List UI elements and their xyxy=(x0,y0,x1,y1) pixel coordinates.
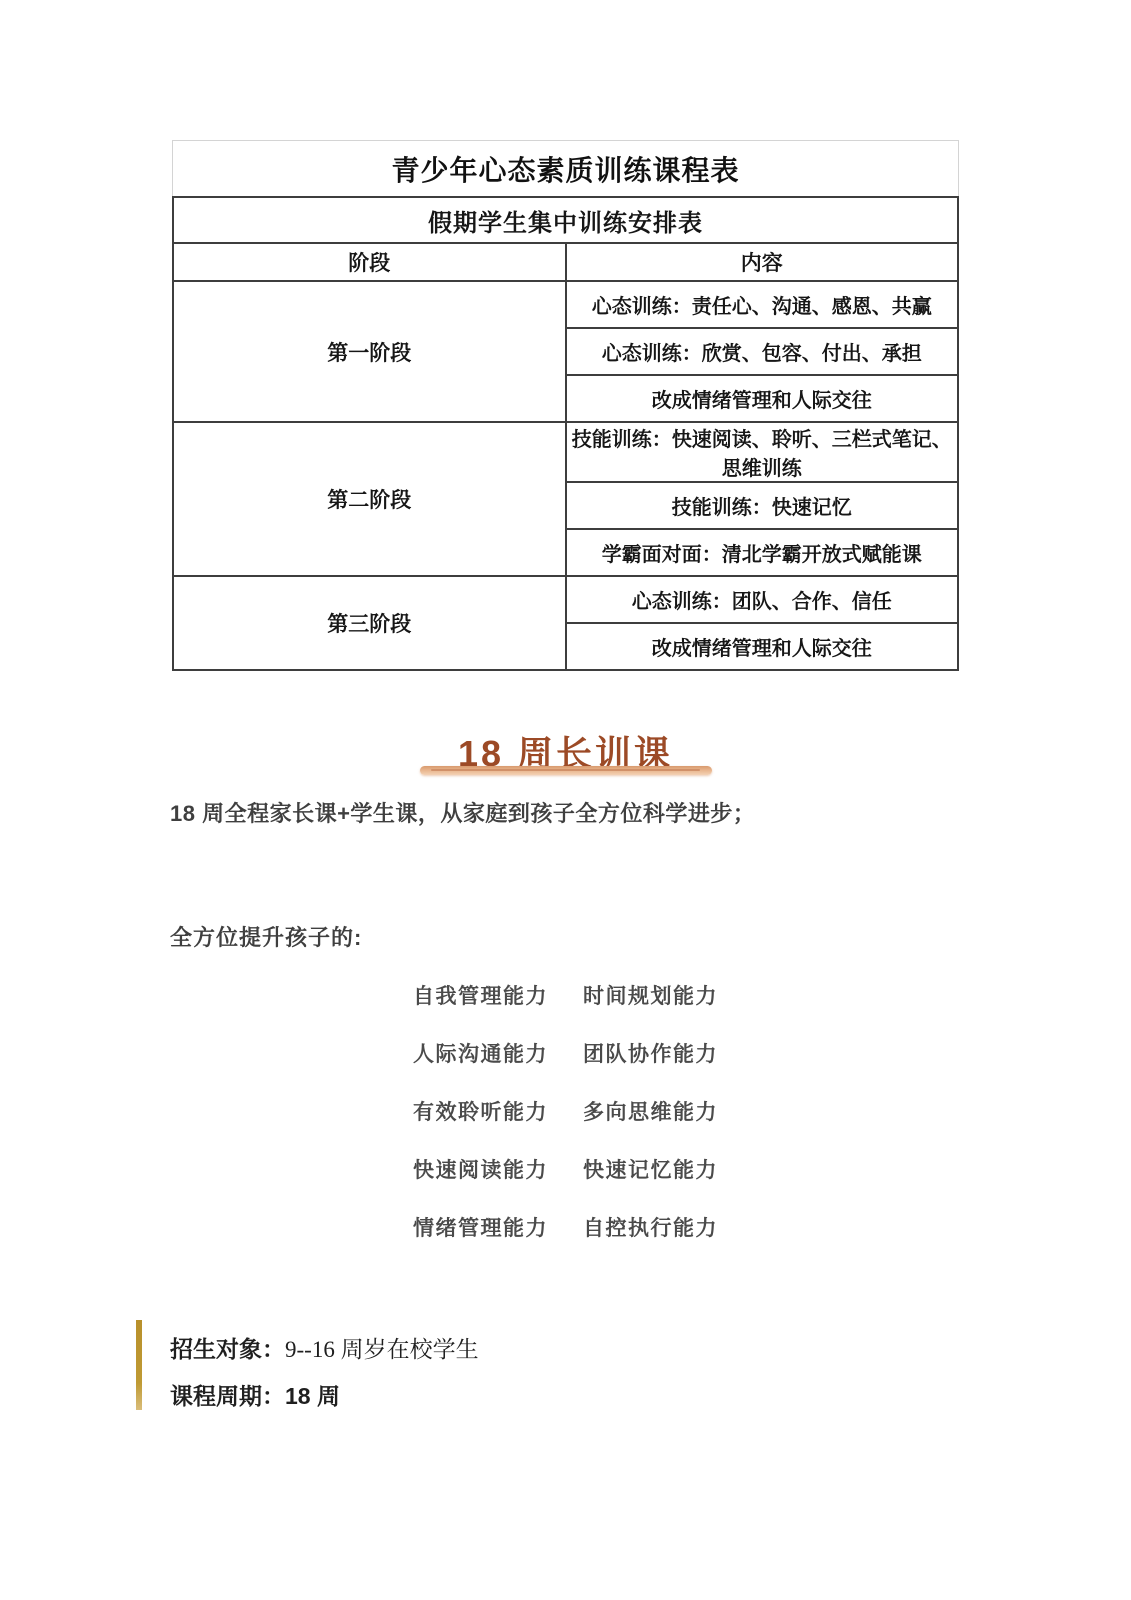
ability-item: 自我管理能力 xyxy=(413,966,571,1024)
column-header-stage: 阶段 xyxy=(173,243,566,281)
content-cell: 心态训练：团队、合作、信任 xyxy=(566,576,959,623)
ability-item: 多向思维能力 xyxy=(583,1082,718,1140)
stage-cell-2: 第二阶段 xyxy=(173,422,566,576)
ability-item: 人际沟通能力 xyxy=(413,1024,571,1082)
course-schedule-table: 青少年心态素质训练课程表 假期学生集中训练安排表 阶段 内容 第一阶段 心态训练… xyxy=(172,140,959,671)
content-cell: 改成情绪管理和人际交往 xyxy=(566,375,959,422)
ability-item: 情绪管理能力 xyxy=(413,1198,571,1256)
stage-cell-3: 第三阶段 xyxy=(173,576,566,670)
enroll-target-label: 招生对象： xyxy=(170,1336,285,1362)
intro-line: 18 周全程家长课+学生课，从家庭到孩子全方位科学进步； xyxy=(170,797,990,828)
table-subtitle: 假期学生集中训练安排表 xyxy=(173,197,958,243)
table-header-row: 阶段 内容 xyxy=(173,243,958,281)
ability-item: 快速阅读能力 xyxy=(413,1140,571,1198)
content-cell: 学霸面对面：清北学霸开放式赋能课 xyxy=(566,529,959,576)
stage-cell-1: 第一阶段 xyxy=(173,281,566,422)
ability-item: 有效聆听能力 xyxy=(413,1082,571,1140)
ability-item: 自控执行能力 xyxy=(583,1198,718,1256)
document-page: 青少年心态素质训练课程表 假期学生集中训练安排表 阶段 内容 第一阶段 心态训练… xyxy=(0,0,1131,1600)
ability-item: 快速记忆能力 xyxy=(583,1140,718,1198)
course-period-value: 18 周 xyxy=(285,1383,340,1409)
table-row: 第二阶段 技能训练：快速阅读、聆听、三栏式笔记、思维训练 xyxy=(173,422,958,482)
heading-underline-brush xyxy=(420,766,712,775)
course-period-label: 课程周期： xyxy=(170,1383,285,1409)
course-period-line: 课程周期：18 周 xyxy=(170,1378,340,1411)
abilities-grid: 自我管理能力 时间规划能力 人际沟通能力 团队协作能力 有效聆听能力 多向思维能… xyxy=(413,966,718,1256)
content-cell: 心态训练：责任心、沟通、感恩、共赢 xyxy=(566,281,959,328)
table-subtitle-row: 假期学生集中训练安排表 xyxy=(173,197,958,243)
content-cell: 心态训练：欣赏、包容、付出、承担 xyxy=(566,328,959,375)
course-table: 假期学生集中训练安排表 阶段 内容 第一阶段 心态训练：责任心、沟通、感恩、共赢… xyxy=(172,196,959,671)
enroll-target-line: 招生对象：9--16 周岁在校学生 xyxy=(170,1331,479,1364)
ability-item: 时间规划能力 xyxy=(583,966,718,1024)
content-cell: 改成情绪管理和人际交往 xyxy=(566,623,959,670)
content-cell: 技能训练：快速记忆 xyxy=(566,482,959,529)
ability-item: 团队协作能力 xyxy=(583,1024,718,1082)
column-header-content: 内容 xyxy=(566,243,959,281)
abilities-list-title: 全方位提升孩子的: xyxy=(170,921,362,952)
table-row: 第一阶段 心态训练：责任心、沟通、感恩、共赢 xyxy=(173,281,958,328)
content-cell: 技能训练：快速阅读、聆听、三栏式笔记、思维训练 xyxy=(566,422,959,482)
table-title: 青少年心态素质训练课程表 xyxy=(172,140,959,196)
enroll-target-value: 9--16 周岁在校学生 xyxy=(285,1337,479,1362)
footer-accent-bar xyxy=(136,1320,142,1410)
table-row: 第三阶段 心态训练：团队、合作、信任 xyxy=(173,576,958,623)
